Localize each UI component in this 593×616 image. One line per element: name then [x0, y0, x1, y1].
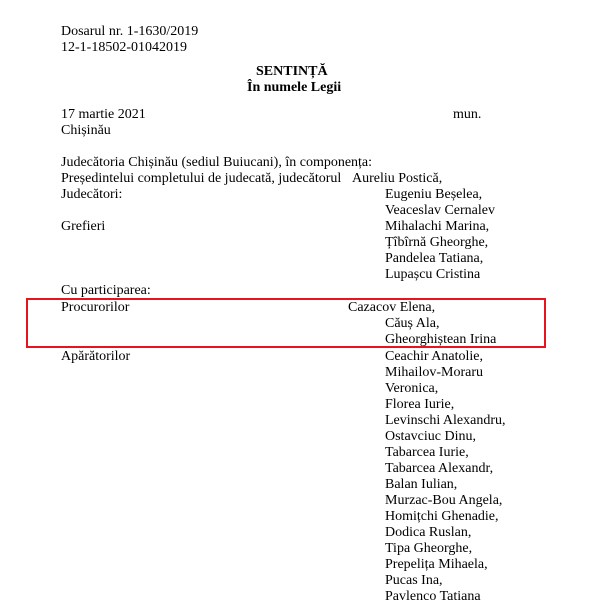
prosecutors-label: Procurorilor	[61, 300, 129, 316]
defender-name: Pavlenco Tatiana	[385, 589, 481, 605]
defender-name: Homițchi Ghenadie,	[385, 509, 499, 525]
clerks-label: Grefieri	[61, 219, 105, 235]
participation-label: Cu participarea:	[61, 283, 151, 299]
document-subtitle: În numele Legii	[247, 80, 341, 96]
court-name: Judecătoria Chișinău (sediul Buiucani), …	[61, 155, 372, 171]
clerk-name: Mihalachi Marina,	[385, 219, 489, 235]
place-name: Chișinău	[61, 123, 111, 139]
defender-name: Murzac-Bou Angela,	[385, 493, 502, 509]
judge-name: Veaceslav Cernalev	[385, 203, 495, 219]
prosecutor-name: Cazacov Elena,	[348, 300, 435, 316]
judges-label: Judecători:	[61, 187, 122, 203]
defender-name: Tipa Gheorghe,	[385, 541, 472, 557]
case-number: Dosarul nr. 1-1630/2019	[61, 24, 198, 40]
defender-name: Levinschi Alexandru,	[385, 413, 506, 429]
defenders-label: Apărătorilor	[61, 349, 130, 365]
sentence-date: 17 martie 2021	[61, 107, 146, 123]
defender-name: Florea Iurie,	[385, 397, 454, 413]
judge-name: Eugeniu Beșelea,	[385, 187, 482, 203]
defender-name: Ceachir Anatolie,	[385, 349, 483, 365]
prosecutor-name: Căuș Ala,	[385, 316, 439, 332]
president-label: Președintelui completului de judecată, j…	[61, 171, 341, 187]
defender-name: Tabarcea Alexandr,	[385, 461, 493, 477]
defender-name: Dodica Ruslan,	[385, 525, 471, 541]
defender-name: Prepelița Mihaela,	[385, 557, 488, 573]
registry-number: 12-1-18502-01042019	[61, 40, 187, 56]
defender-name: Balan Iulian,	[385, 477, 457, 493]
clerk-name: Lupașcu Cristina	[385, 267, 480, 283]
president-name: Aureliu Postică,	[352, 171, 442, 187]
defender-name: Mihailov-Moraru	[385, 365, 483, 381]
defender-name: Veronica,	[385, 381, 438, 397]
defender-name: Ostavciuc Dinu,	[385, 429, 476, 445]
document-title: SENTINȚĂ	[256, 64, 328, 80]
clerk-name: Țîbîrnă Gheorghe,	[385, 235, 488, 251]
clerk-name: Pandelea Tatiana,	[385, 251, 483, 267]
defender-name: Tabarcea Iurie,	[385, 445, 469, 461]
defender-name: Pucas Ina,	[385, 573, 443, 589]
prosecutor-name: Gheorghiștean Irina	[385, 332, 496, 348]
place-prefix: mun.	[453, 107, 481, 123]
